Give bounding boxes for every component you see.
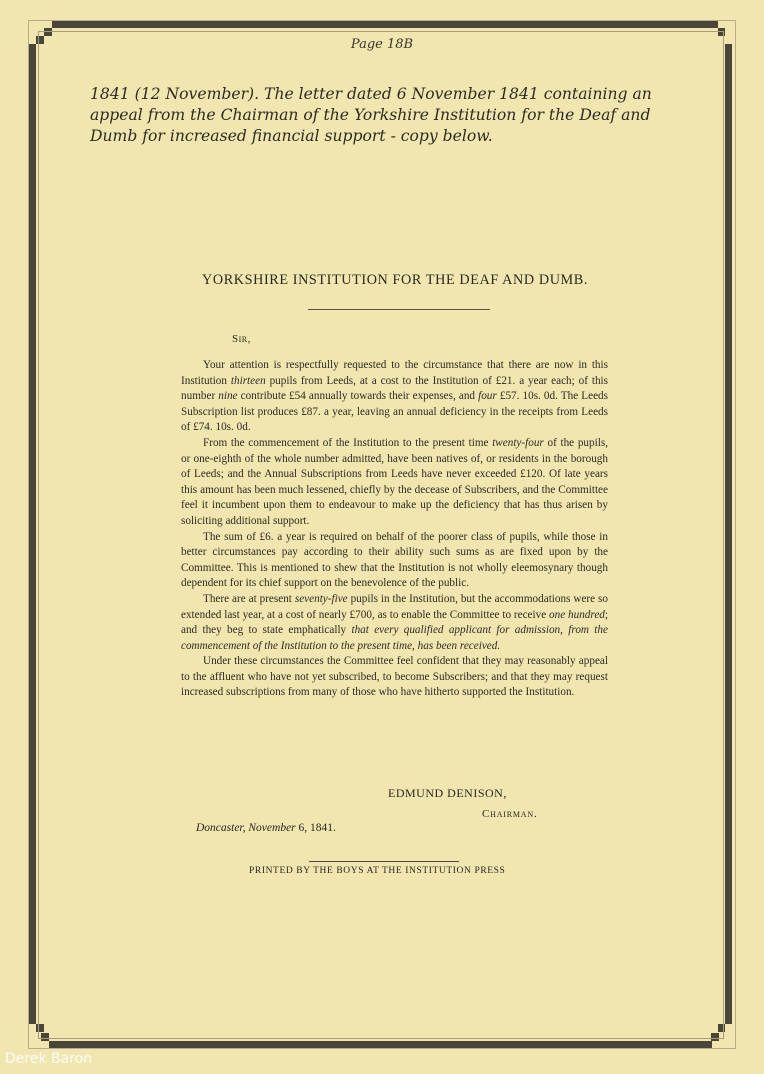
printer-divider — [309, 861, 459, 862]
place-and-date: Doncaster, November 6, 1841. — [196, 822, 336, 834]
frame-border-bottom — [49, 1041, 712, 1048]
letter-paragraph: The sum of £6. a year is required on beh… — [181, 530, 608, 592]
title-divider — [308, 309, 490, 310]
salutation: Sir, — [232, 333, 251, 345]
signatory-name: EDMUND DENISON, — [388, 786, 507, 801]
letter-body: Your attention is respectfully requested… — [181, 358, 608, 701]
place: Doncaster, — [196, 822, 246, 834]
letter-paragraph: Under these circumstances the Committee … — [181, 654, 608, 701]
frame-border-right — [725, 44, 732, 1024]
letter-paragraph: Your attention is respectfully requested… — [181, 358, 608, 436]
date-month: November — [248, 822, 295, 834]
signatory-role: Chairman. — [482, 808, 538, 820]
letter-paragraph: There are at present seventy-five pupils… — [181, 592, 608, 654]
watermark: Derek Baron — [5, 1051, 92, 1067]
page-label: Page 18B — [0, 37, 764, 52]
frame-border-top — [52, 21, 718, 28]
frame-border-left — [29, 44, 36, 1024]
letter-paragraph: From the commencement of the Institution… — [181, 436, 608, 530]
printer-credit: PRINTED BY THE BOYS AT THE INSTITUTION P… — [249, 866, 505, 876]
letter-title: YORKSHIRE INSTITUTION FOR THE DEAF AND D… — [150, 272, 640, 289]
intro-caption: 1841 (12 November). The letter dated 6 N… — [90, 84, 690, 147]
